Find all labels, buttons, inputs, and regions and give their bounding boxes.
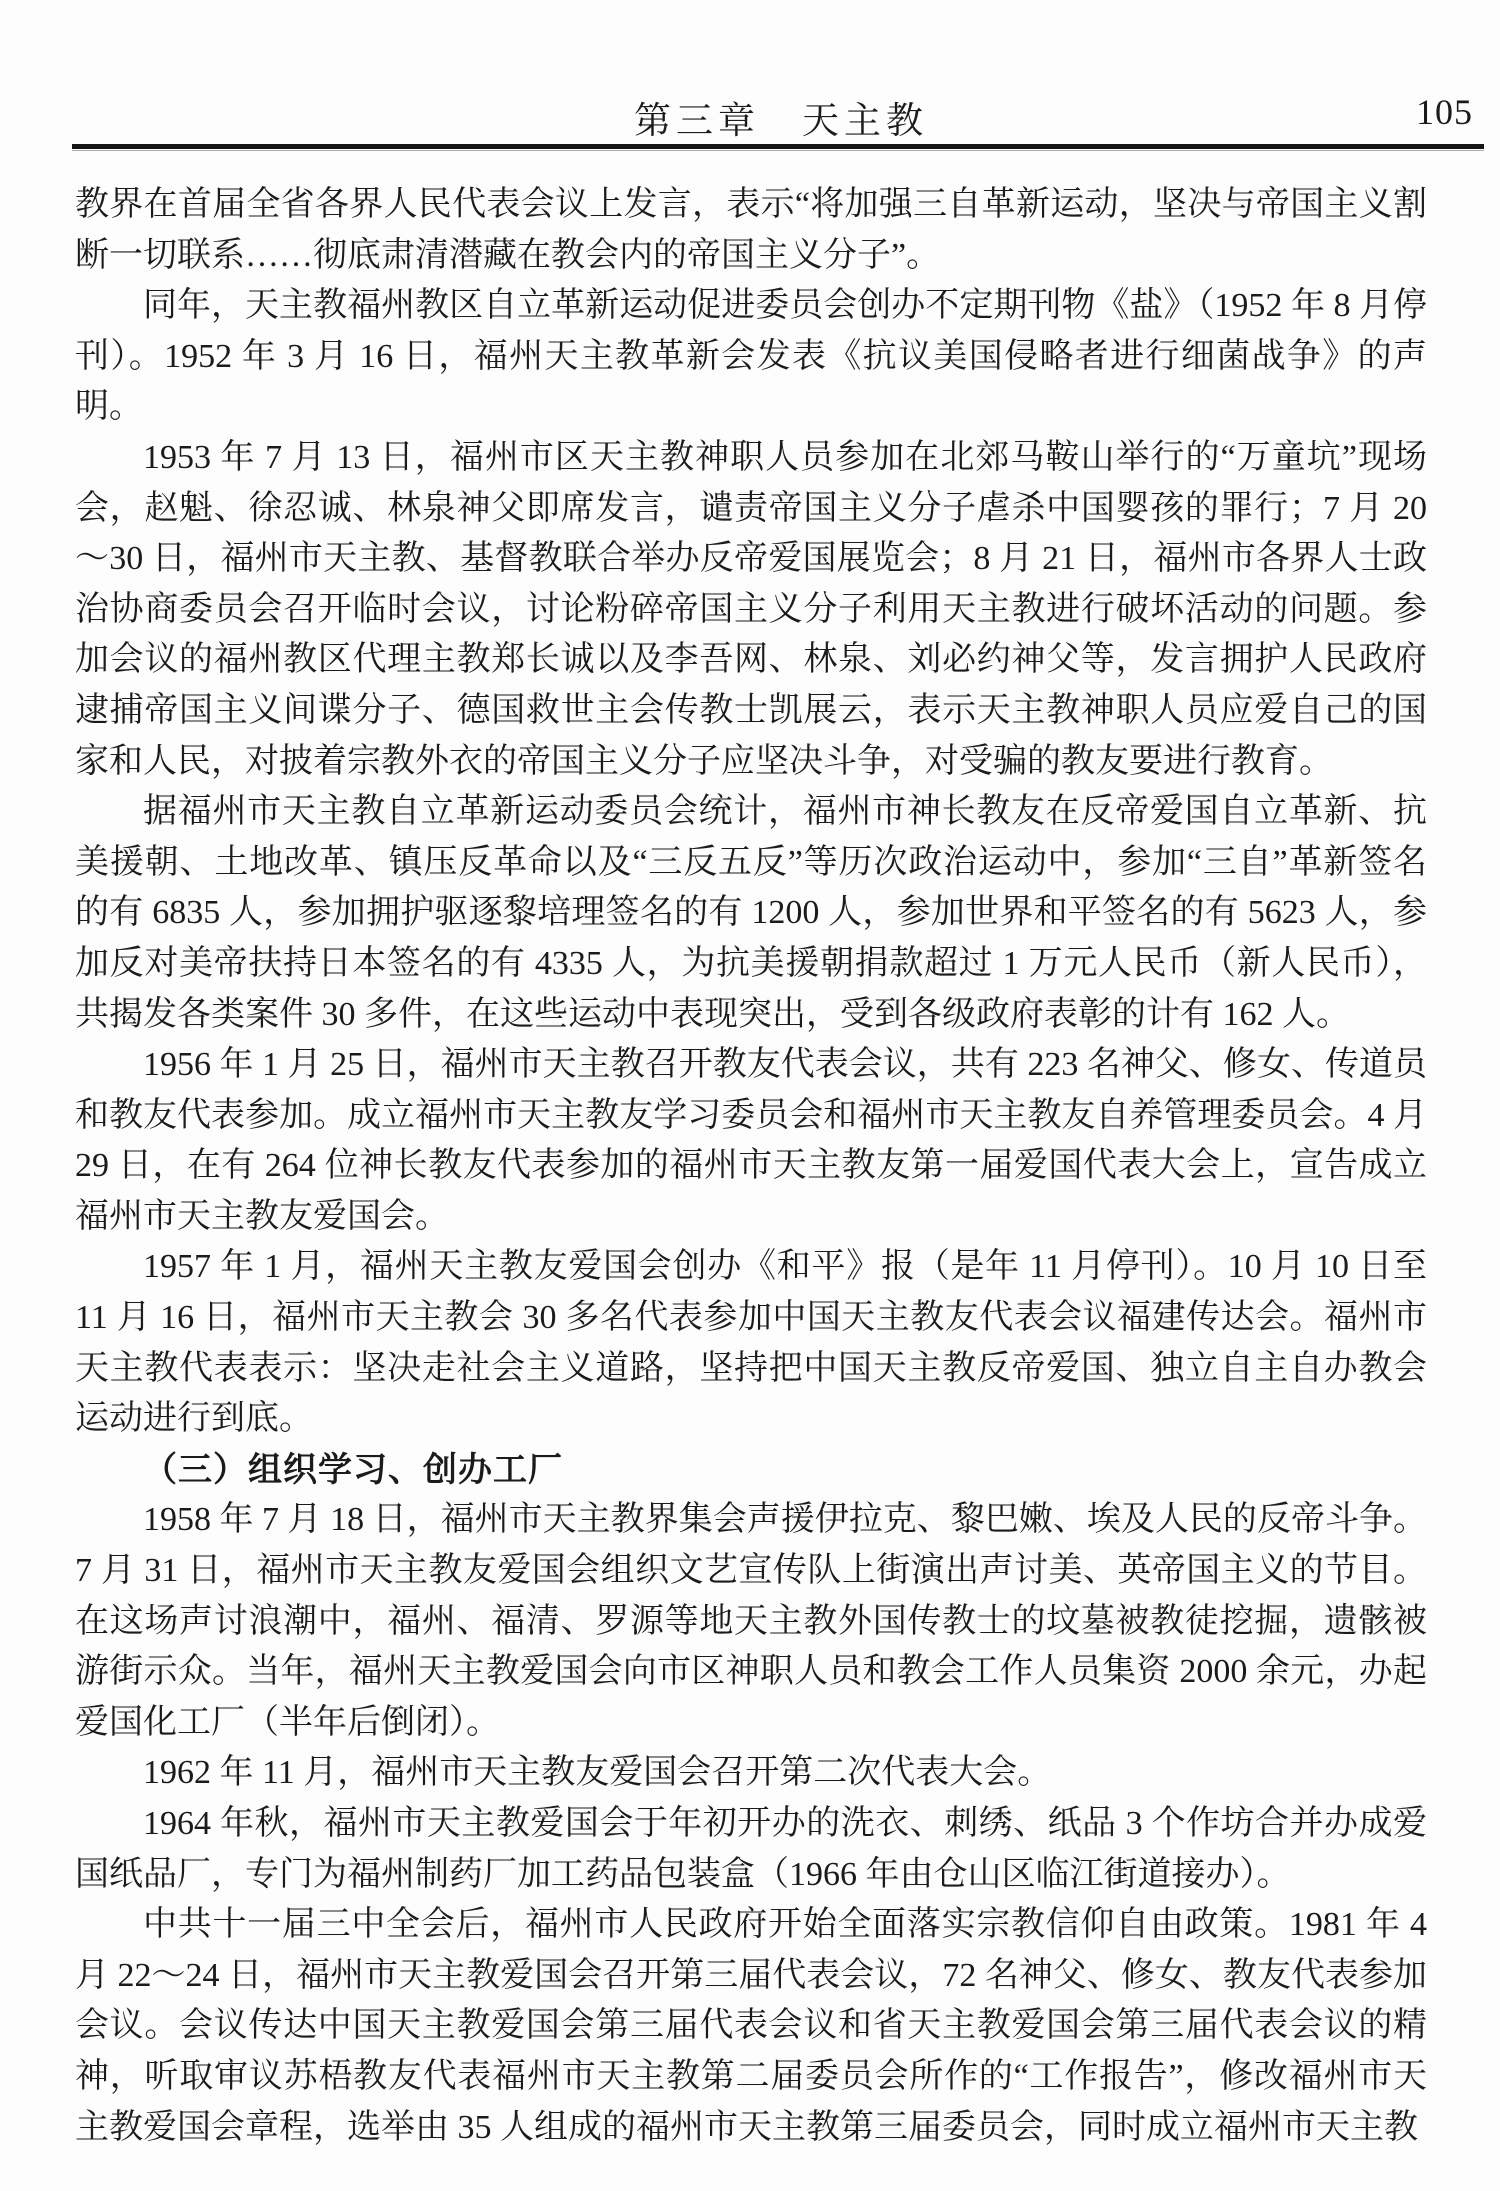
body-paragraph: 1953 年 7 月 13 日，福州市区天主教神职人员参加在北郊马鞍山举行的“万… — [75, 433, 1427, 787]
body-paragraph: 1962 年 11 月，福州市天主教友爱国会召开第二次代表大会。 — [75, 1748, 1427, 1799]
header-divider-rule — [72, 144, 1484, 149]
body-paragraph: 1964 年秋，福州市天主教爱国会于年初开办的洗衣、刺绣、纸品 3 个作坊合并办… — [75, 1799, 1427, 1900]
body-paragraph: 1958 年 7 月 18 日，福州市天主教界集会声援伊拉克、黎巴嫩、埃及人民的… — [75, 1495, 1427, 1748]
body-paragraph: 中共十一届三中全会后，福州市人民政府开始全面落实宗教信仰自由政策。1981 年 … — [75, 1900, 1427, 2153]
body-paragraph: 据福州市天主教自立革新运动委员会统计，福州市神长教友在反帝爱国自立革新、抗美援朝… — [75, 787, 1427, 1040]
body-paragraph: 1957 年 1 月，福州天主教友爱国会创办《和平》报（是年 11 月停刊）。1… — [75, 1242, 1427, 1444]
running-header: 第三章 天主教 105 — [75, 90, 1487, 140]
scanned-book-page: 第三章 天主教 105 教界在首届全省各界人民代表会议上发言，表示“将加强三自革… — [0, 0, 1500, 2191]
chapter-title: 第三章 天主教 — [75, 90, 1487, 144]
body-paragraph: 1956 年 1 月 25 日，福州市天主教召开教友代表会议，共有 223 名神… — [75, 1040, 1427, 1242]
body-text: 教界在首届全省各界人民代表会议上发言，表示“将加强三自革新运动，坚决与帝国主义割… — [75, 180, 1427, 2153]
body-paragraph: 同年，天主教福州教区自立革新运动促进委员会创办不定期刊物《盐》（1952 年 8… — [75, 281, 1427, 433]
body-paragraph: 教界在首届全省各界人民代表会议上发言，表示“将加强三自革新运动，坚决与帝国主义割… — [75, 180, 1427, 281]
section-heading: （三）组织学习、创办工厂 — [75, 1445, 1427, 1496]
page-number: 105 — [1416, 91, 1473, 133]
